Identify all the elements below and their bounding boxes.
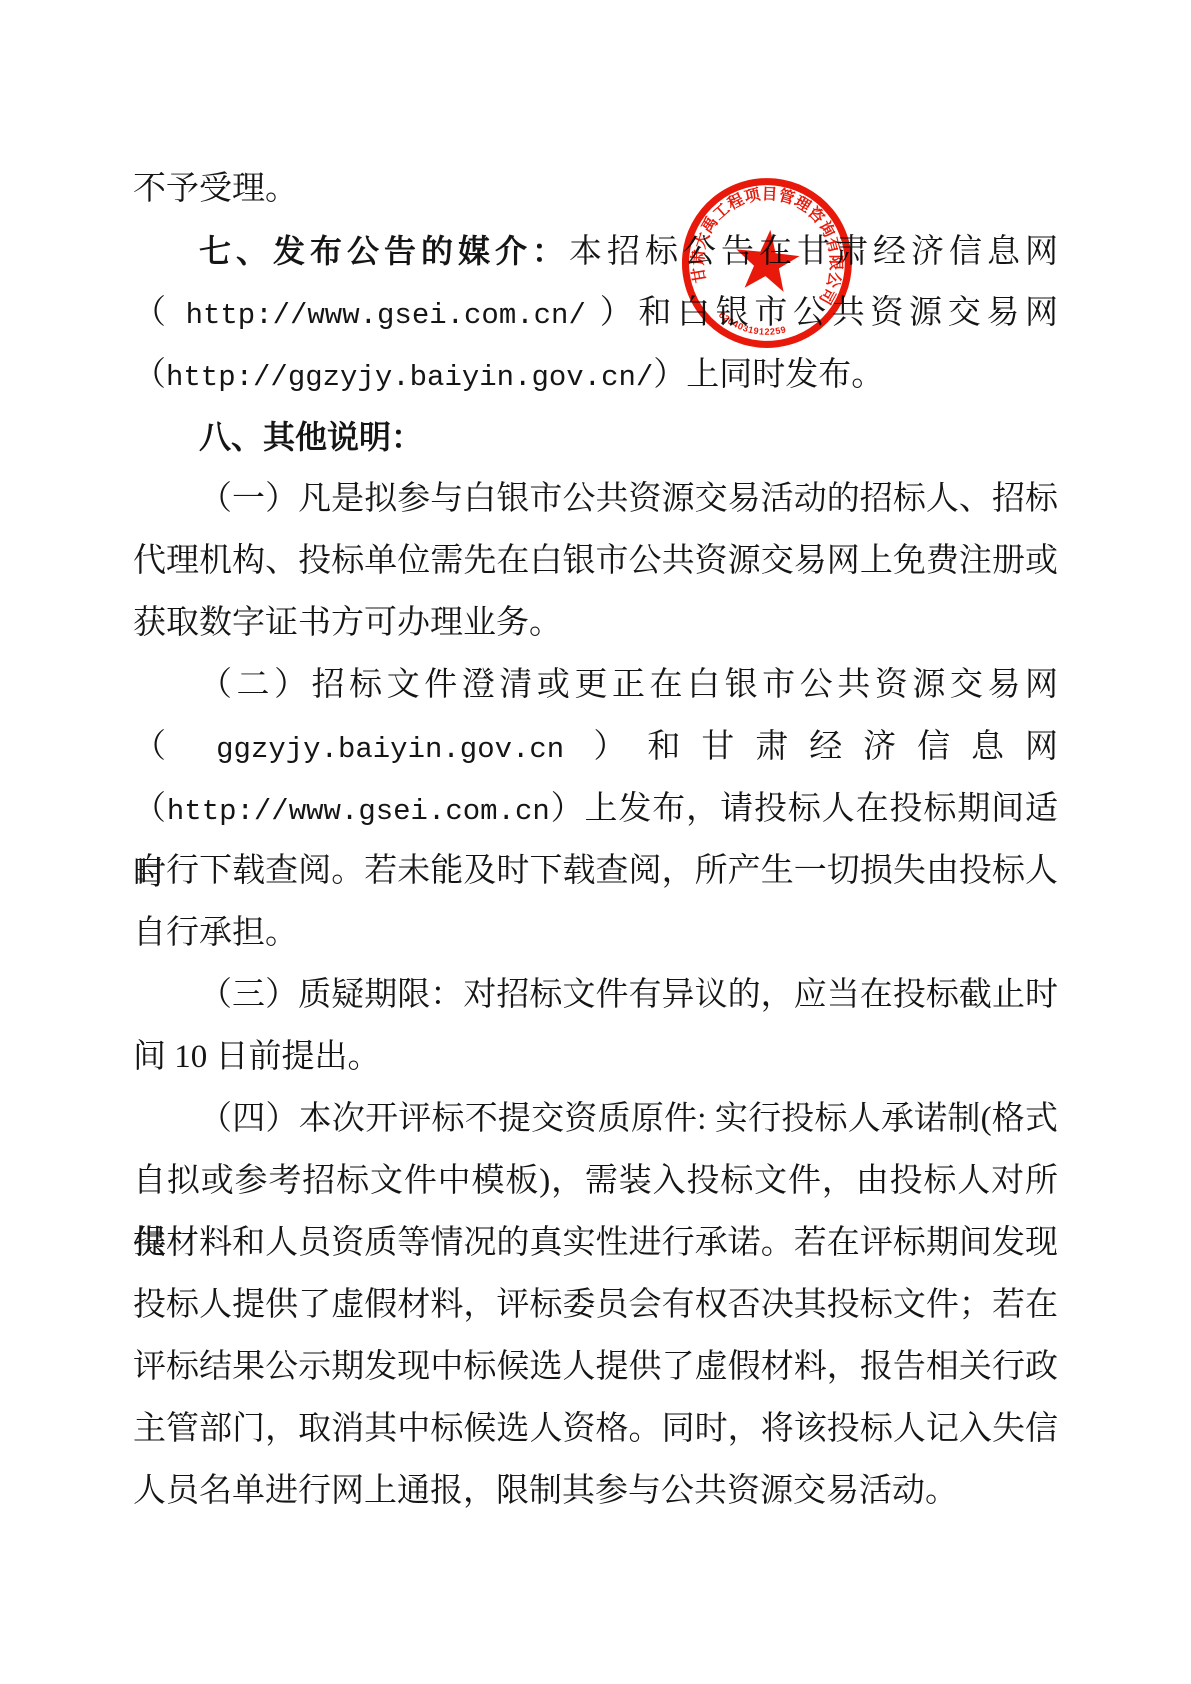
body-text: 本招标公告在甘肃经济信息网 <box>569 234 1058 270</box>
body-text: 主管部门，取消其中标候选人资格。同时，将该投标人记入失信 <box>133 1411 1058 1447</box>
text-line: 评标结果公示期发现中标候选人提供了虚假材料，报告相关行政 <box>133 1336 1058 1398</box>
heading-text: 七、发布公告的媒介： <box>199 233 569 269</box>
document-body: 不予受理。七、发布公告的媒介：本招标公告在甘肃经济信息网（ http://www… <box>133 158 1058 1522</box>
text-line: （二）招标文件澄清或更正在白银市公共资源交易网 <box>133 654 1058 716</box>
text-line: 投标人提供了虚假材料，评标委员会有权否决其投标文件；若在 <box>133 1274 1058 1336</box>
url-text: ggzyjy.baiyin.gov.cn <box>216 733 564 766</box>
text-line: 主管部门，取消其中标候选人资格。同时，将该投标人记入失信 <box>133 1398 1058 1460</box>
body-text: （一）凡是拟参与白银市公共资源交易活动的招标人、招标 <box>199 481 1058 517</box>
body-text: （ <box>133 729 216 765</box>
text-line: （一）凡是拟参与白银市公共资源交易活动的招标人、招标 <box>133 468 1058 530</box>
body-text: ）上同时发布。 <box>653 357 884 393</box>
body-text: 投标人提供了虚假材料，评标委员会有权否决其投标文件；若在 <box>133 1287 1058 1323</box>
body-text: （四）本次开评标不提交资质原件: 实行投标人承诺制(格式 <box>199 1101 1058 1137</box>
body-text: 自行承担。 <box>133 915 298 951</box>
text-line: 七、发布公告的媒介：本招标公告在甘肃经济信息网 <box>133 220 1058 282</box>
body-text: 评标结果公示期发现中标候选人提供了虚假材料，报告相关行政 <box>133 1349 1058 1385</box>
body-text: ）和甘肃经济信息网 <box>564 729 1058 765</box>
text-line: （http://ggzyjy.baiyin.gov.cn/）上同时发布。 <box>133 344 1058 406</box>
text-line: （http://www.gsei.com.cn）上发布，请投标人在投标期间适时 <box>133 778 1058 840</box>
document-page: 不予受理。七、发布公告的媒介：本招标公告在甘肃经济信息网（ http://www… <box>0 0 1191 1684</box>
body-text: ）和白银市公共资源交易网 <box>586 295 1058 331</box>
body-text: 获取数字证书方可办理业务。 <box>133 605 562 641</box>
heading-text: 八、其他说明： <box>199 419 423 455</box>
body-text: （ <box>133 295 186 331</box>
text-line: 自拟或参考招标文件中模板)，需装入投标文件，由投标人对所提 <box>133 1150 1058 1212</box>
body-text: 不予受理。 <box>133 171 298 207</box>
text-line: 获取数字证书方可办理业务。 <box>133 592 1058 654</box>
text-line: 人员名单进行网上通报，限制其参与公共资源交易活动。 <box>133 1460 1058 1522</box>
text-line: 自行承担。 <box>133 902 1058 964</box>
body-text: （二）招标文件澄清或更正在白银市公共资源交易网 <box>199 667 1058 703</box>
text-line: （ ggzyjy.baiyin.gov.cn ）和甘肃经济信息网 <box>133 716 1058 778</box>
text-line: （四）本次开评标不提交资质原件: 实行投标人承诺制(格式 <box>133 1088 1058 1150</box>
url-text: http://www.gsei.com.cn/ <box>186 299 586 332</box>
text-line: （ http://www.gsei.com.cn/ ）和白银市公共资源交易网 <box>133 282 1058 344</box>
text-line: 间 10 日前提出。 <box>133 1026 1058 1088</box>
body-text: 人员名单进行网上通报，限制其参与公共资源交易活动。 <box>133 1473 958 1509</box>
text-line: 代理机构、投标单位需先在白银市公共资源交易网上免费注册或 <box>133 530 1058 592</box>
text-line: 自行下载查阅。若未能及时下载查阅，所产生一切损失由投标人 <box>133 840 1058 902</box>
text-line: 不予受理。 <box>133 158 1058 220</box>
body-text: 自行下载查阅。若未能及时下载查阅，所产生一切损失由投标人 <box>133 853 1058 889</box>
text-line: 供材料和人员资质等情况的真实性进行承诺。若在评标期间发现 <box>133 1212 1058 1274</box>
text-line: （三）质疑期限：对招标文件有异议的，应当在投标截止时 <box>133 964 1058 1026</box>
url-text: http://www.gsei.com.cn <box>167 795 550 828</box>
body-text: （ <box>133 357 166 393</box>
body-text: 供材料和人员资质等情况的真实性进行承诺。若在评标期间发现 <box>133 1225 1058 1261</box>
body-text: （ <box>133 791 167 827</box>
body-text: （三）质疑期限：对招标文件有异议的，应当在投标截止时 <box>199 977 1058 1013</box>
url-text: http://ggzyjy.baiyin.gov.cn/ <box>166 361 653 394</box>
body-text: 代理机构、投标单位需先在白银市公共资源交易网上免费注册或 <box>133 543 1058 579</box>
body-text: 间 10 日前提出。 <box>133 1039 381 1075</box>
text-line: 八、其他说明： <box>133 406 1058 468</box>
